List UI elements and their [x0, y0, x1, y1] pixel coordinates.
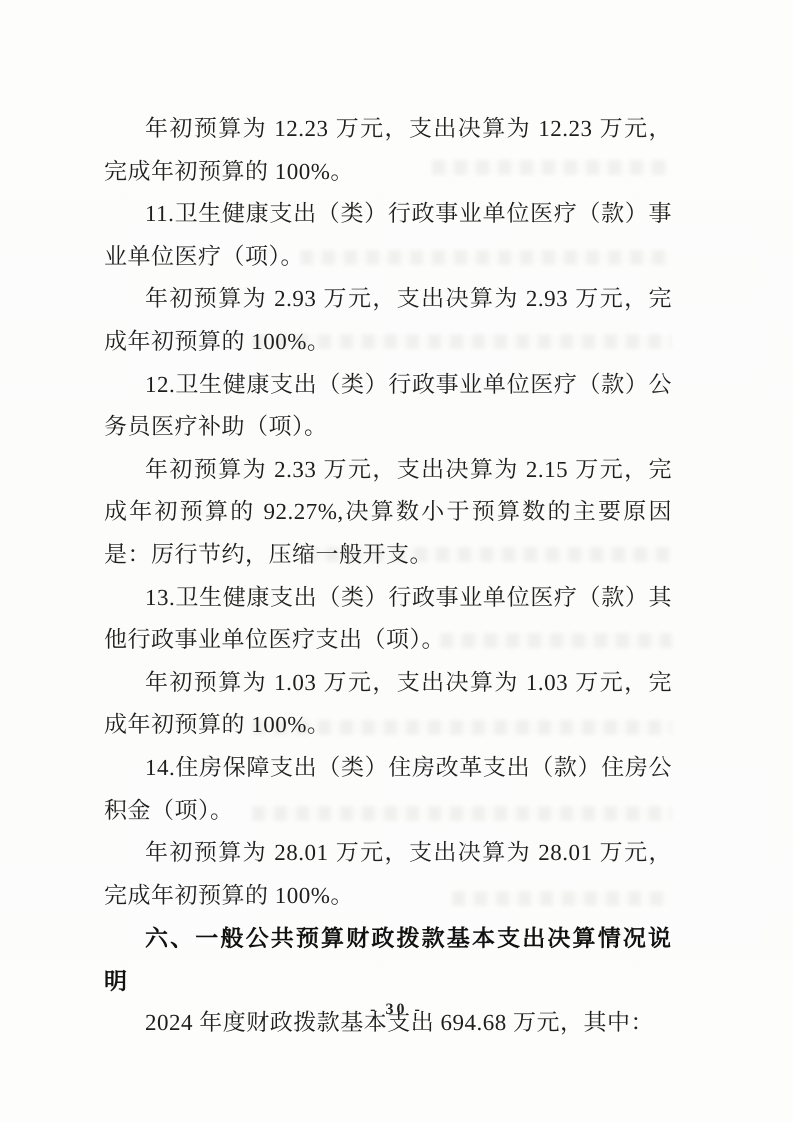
page-number: - 30 - — [370, 1001, 423, 1018]
paragraph-item-14: 14.住房保障支出（类）住房改革支出（款）住房公积金（项）。 — [104, 747, 672, 832]
paragraph-budget-2-93: 年初预算为 2.93 万元，支出决算为 2.93 万元，完成年初预算的 100%… — [104, 278, 672, 363]
paragraph-item-12: 12.卫生健康支出（类）行政事业单位医疗（款）公务员医疗补助（项）。 — [104, 364, 672, 449]
paragraph-item-11: 11.卫生健康支出（类）行政事业单位医疗（款）事业单位医疗（项）。 — [104, 193, 672, 278]
paragraph-budget-28-01: 年初预算为 28.01 万元，支出决算为 28.01 万元，完成年初预算的 10… — [104, 832, 672, 917]
document-page: 年初预算为 12.23 万元，支出决算为 12.23 万元，完成年初预算的 10… — [0, 0, 793, 1122]
section-heading-six: 六、一般公共预算财政拨款基本支出决算情况说明 — [104, 917, 672, 1002]
paragraph-budget-2-33: 年初预算为 2.33 万元，支出决算为 2.15 万元，完成年初预算的 92.2… — [104, 449, 672, 577]
page-footer: - 30 - — [0, 1001, 793, 1019]
paragraph-budget-1-03: 年初预算为 1.03 万元，支出决算为 1.03 万元，完成年初预算的 100%… — [104, 662, 672, 747]
paragraph-item-13: 13.卫生健康支出（类）行政事业单位医疗（款）其他行政事业单位医疗支出（项）。 — [104, 577, 672, 662]
document-body: 年初预算为 12.23 万元，支出决算为 12.23 万元，完成年初预算的 10… — [104, 108, 672, 1045]
paragraph-budget-12-23: 年初预算为 12.23 万元，支出决算为 12.23 万元，完成年初预算的 10… — [104, 108, 672, 193]
